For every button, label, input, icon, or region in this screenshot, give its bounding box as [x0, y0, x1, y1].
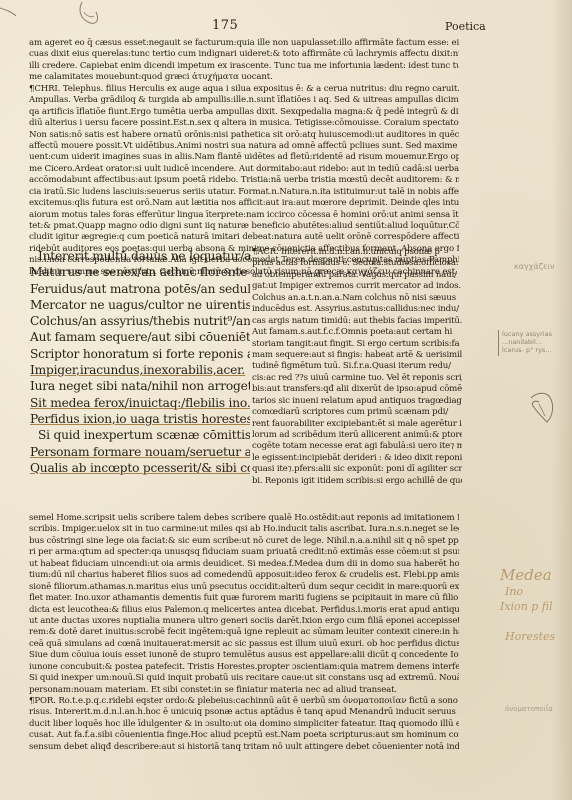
- commentary-line: ¶CHRI. Telephus. filius Herculis ex auge…: [29, 84, 459, 95]
- commentary-line: cia iratū.Sic ludens lasciuis:seuerus se…: [29, 187, 459, 198]
- margin-greek-note: καγχάζειν: [514, 263, 554, 271]
- margin-pencil-note: lucany assyrias: [502, 330, 552, 338]
- margin-note-onomatopoeia: ὀνοματοποιΐα: [505, 705, 553, 713]
- commentary-line: Colchus an.a.t.n.an.a.Nam colchus nō nis…: [252, 293, 462, 304]
- margin-note-medea: Medea: [500, 566, 552, 584]
- commentary-line: Aut famam.s.aut.f.c.f.Omnis poeta:aut ce…: [252, 327, 462, 338]
- commentary-line: ut ante ductas uxores nuptialia munera u…: [29, 616, 459, 627]
- verse-text: Intererit multū dauus ne loquatur/an her…: [30, 248, 250, 476]
- commentary-line: cas argis natum timidū: aut thebis facia…: [252, 316, 462, 327]
- commentary-line: tium:dū nil charius haberet filios suos …: [29, 570, 459, 581]
- verse-line: Scriptor honoratum si forte reponis achi…: [30, 346, 250, 362]
- commentary-line: cuas dixit eius querelas:tunc tertio cum…: [29, 49, 459, 60]
- commentary-line: storiam tangit:aut fingit. Si ergo certu…: [252, 339, 462, 350]
- commentary-line: cogēte totam necesse erat agi fabulā:si …: [252, 441, 462, 452]
- commentary-line: rent fauorabiliter excipiebant:ēt si mal…: [252, 419, 462, 430]
- commentary-line: prius actas formādus ē. Sedula.studiosa:…: [252, 258, 462, 269]
- verse-line: Colchus/an assyrius/thebis nutrit⁹/an ar…: [30, 313, 250, 329]
- margin-pencil-note: ...nanilabil...: [502, 338, 542, 346]
- verse-line: Iura neget sibi nata/nihil non arroget a…: [30, 378, 250, 394]
- verse-line: Aut famam sequere/aut sibi cōueniētia fi…: [30, 329, 250, 345]
- margin-note-ixion: Ixion p fil: [500, 600, 553, 613]
- commentary-line: Siue dum cōuiua iouis esset iunonē de st…: [29, 650, 459, 661]
- commentary-line: rem:& dotē daret inuitus:scrobē fecit in…: [29, 627, 459, 638]
- verse-line: Personam formare nouam/seruetur ad imum:: [30, 444, 250, 460]
- verse-line: Intererit multū dauus ne loquatur/an her…: [30, 248, 250, 264]
- margin-note-horestes: Horestes: [505, 630, 555, 643]
- top-commentary: am ageret eo q̄ cæsus esset:negauit se f…: [29, 38, 459, 278]
- commentary-line: Si quid inexper um:nouū.Si quid inquit p…: [29, 673, 459, 684]
- verse-line: Sit medea ferox/inuictaq:/flebilis ino.: [30, 395, 250, 411]
- commentary-line: tudinē figmētum tuū. Si.f.r.a.Quasi iter…: [252, 361, 462, 372]
- commentary-line: risus. Intererit.m.d.n.l.an.h.hoc ē unic…: [29, 707, 459, 718]
- commentary-line: excitemus:qlis futura est orō.Nam aut læ…: [29, 198, 459, 209]
- commentary-line: ceā quā simulans ad cœnā inuitauerat:mer…: [29, 639, 459, 650]
- commentary-line: cusat. Aut fa.f.a.sibi cōuenientia finge…: [29, 730, 459, 741]
- commentary-line: illi credere. Capiebat enim dicendi impe…: [29, 61, 459, 72]
- commentary-line: affectū mouere possit.Vt uidētibus.Animi…: [29, 141, 459, 152]
- verse-line: Perfidus ixion,io uaga tristis horestes.: [30, 411, 250, 427]
- commentary-line: quasi ite⁊.pfers:alii sic exponūt: poni …: [252, 464, 462, 475]
- commentary-line: lorum ad scribēdum iterū allicerent anim…: [252, 430, 462, 441]
- folio-number: 175: [212, 18, 238, 33]
- commentary-line: inducēdus est. Assyrius.astutus:callidus…: [252, 304, 462, 315]
- running-head: Poetica: [445, 20, 486, 33]
- commentary-line: scribis. Impiger.uelox sit in tuo carmin…: [29, 524, 459, 535]
- commentary-line: ut habeat fiduciam uincendi:ut oia armis…: [29, 559, 459, 570]
- verse-line: Feruidus/aut matrona potēs/an sedula nut…: [30, 281, 250, 297]
- verse-line: Mercator ne uagus/cultor ne uirentis age…: [30, 297, 250, 313]
- commentary-line: iunone concubuit:& postea patefecit. Tri…: [29, 662, 459, 673]
- margin-note-ino: Ino: [505, 585, 523, 598]
- commentary-line: bus cōstringi sine lege oia faciat:& sic…: [29, 536, 459, 547]
- commentary-line: bis:aut transfers:qđ alii dixerūt de ips…: [252, 384, 462, 395]
- commentary-line: ad obtemperandū parata. Vagus.qui passim…: [252, 270, 462, 281]
- commentary-line: aiorum motus tales foras efferūtur lingu…: [29, 210, 459, 221]
- commentary-line: uent:cum uiderit imagines suas in aliis.…: [29, 152, 459, 163]
- commentary-line: me calamitates mouebunt:quod græci ἀτυχή…: [29, 72, 459, 83]
- commentary-line: Non satis:nō satis est habere ornatū orō…: [29, 130, 459, 141]
- commentary-line: comœdiarū scriptores cum primū scænam pd…: [252, 407, 462, 418]
- commentary-line: bi. Reponis igit itidem scribis:si ergo …: [252, 476, 462, 487]
- margin-pencil-note: lcarus- p° rys...: [502, 346, 552, 354]
- verse-line: Maturus ne senex/an adhuc florente iuuen…: [30, 264, 250, 280]
- commentary-line: cis:ac red ??s uiuū carmine tuo. Vel ēt …: [252, 373, 462, 384]
- commentary-line: le egissent:incipiebāt derideri : & ideo…: [252, 453, 462, 464]
- commentary-line: Ampullas. Verba grādiloq & turgida ab am…: [29, 95, 459, 106]
- verse-line: Si quid inexpertum scænæ cōmittis/& aude…: [30, 427, 250, 443]
- commentary-line: sensum debet aliqđ describere:aut si his…: [29, 742, 459, 753]
- verse-line: Impiger,iracundus,inexorabilis,acer.: [30, 362, 250, 378]
- commentary-line: cludit igitur ægregie:q cum poeticā natu…: [29, 232, 459, 243]
- page-edge-shadow: [552, 0, 572, 800]
- corner-doodle-icon: [0, 0, 110, 40]
- commentary-line: ¶POR. Ro.t.e.p.q.c.ridebi eqster ordo:& …: [29, 696, 459, 707]
- right-commentary: ¶ACR. Intererit.m.d.n.l.an.h.unicuiq pso…: [252, 247, 462, 487]
- commentary-line: ri per arma:qtum ad specter:qa unusqsq f…: [29, 547, 459, 558]
- commentary-line: tarios sic inueni relatum apud antiquos …: [252, 396, 462, 407]
- commentary-line: me Cicero.Ardeat orator:si uult iudicē i…: [29, 164, 459, 175]
- commentary-line: tet:& pmat.Quapp magno odio digni sunt i…: [29, 221, 459, 232]
- commentary-line: ¶ACR. Intererit.m.d.n.l.an.h.unicuiq pso…: [252, 247, 462, 258]
- commentary-line: diū alterius i uersu facere possint.Est.…: [29, 118, 459, 129]
- commentary-line: flet mater. Ino.uxor athamantis dementis…: [29, 593, 459, 604]
- margin-bracket: [498, 330, 499, 356]
- commentary-line: personam:nouam materiam. Et sibi constet…: [29, 685, 459, 696]
- commentary-line: accōmodabunt affectibus:aut ipsum poetā …: [29, 175, 459, 186]
- commentary-line: qa artificis īflatiōe fiunt.Ergo tumētia…: [29, 107, 459, 118]
- bottom-commentary: semel Home.scripsit uelis scribere talem…: [29, 513, 459, 753]
- commentary-line: sionē filiorum.athamas.n.maritus eius un…: [29, 582, 459, 593]
- verse-line: Qualis ab incœpto pcesserit/& sibi const…: [30, 460, 250, 476]
- commentary-line: gat:ut Impiger extremos currit mercator …: [252, 281, 462, 292]
- commentary-line: ducit liber loquēs hoc ille īdulgenter &…: [29, 719, 459, 730]
- book-page: 175 Poetica am ageret eo q̄ cæsus esset:…: [0, 0, 572, 800]
- commentary-line: semel Home.scripsit uelis scribere talem…: [29, 513, 459, 524]
- commentary-line: mam sequere:aut si fingis: habeat artē &…: [252, 350, 462, 361]
- commentary-line: dicta est leucothea:& filius eius Palemo…: [29, 605, 459, 616]
